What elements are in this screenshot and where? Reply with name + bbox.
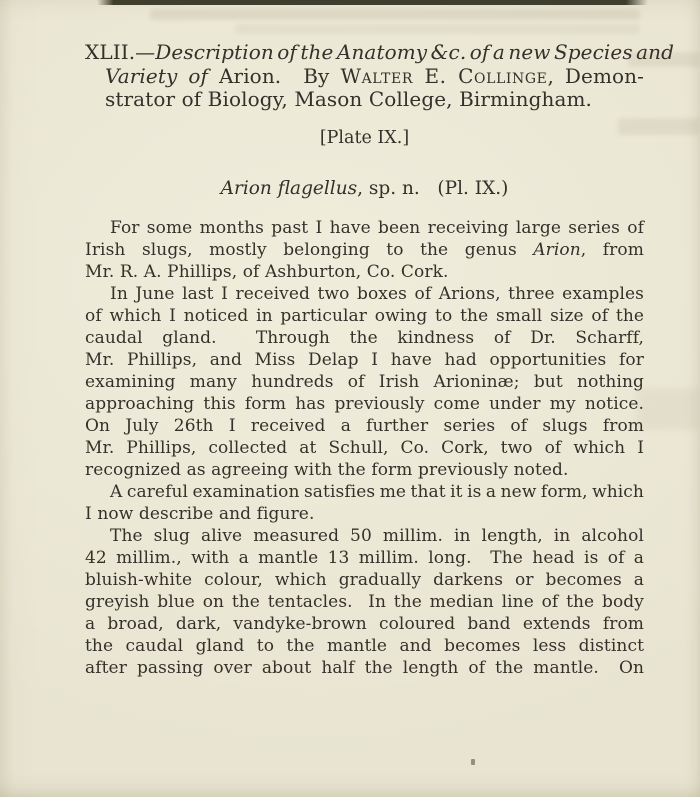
text-run: For some months past I have been receivi… [110,218,644,238]
body-line: The slug alive measured 50 millim. in le… [85,525,644,547]
text-run: Arion [533,240,581,260]
body-line: Irish slugs, mostly belonging to the gen… [85,239,644,261]
body-line: a broad, dark, vandyke-brown coloured ba… [85,613,644,635]
text-run: approaching this form has previously com… [85,394,644,414]
body-line: On July 26th I received a further series… [85,415,644,437]
body-line: Mr. Phillips, and Miss Delap I have had … [85,349,644,371]
scanned-paper-page: XLII.—Description of the Anatomy &c. of … [0,0,700,797]
text-run: In June last I received two boxes of Ari… [110,284,644,304]
text-run: Mr. R. A. Phillips, of Ashburton, Co. Co… [85,262,449,282]
body-line: A careful examination satisfies me that … [85,481,644,503]
text-run: Arion. By [219,64,340,88]
text-run: , sp. n. (Pl. IX.) [357,178,508,199]
body-line: after passing over about half the length… [85,657,644,679]
text-run: On July 26th I received a further series… [85,416,644,436]
text-run: examining many hundreds of Irish Arionin… [85,372,644,392]
body-line: caudal gland. Through the kindness of Dr… [85,327,644,349]
body-line: 42 millim., with a mantle 13 millim. lon… [85,547,644,569]
paragraph: The slug alive measured 50 millim. in le… [85,525,644,679]
title-line: strator of Biology, Mason College, Birmi… [85,88,644,112]
text-run: I now describe and figure. [85,504,314,524]
bleedthrough-artifact [150,9,640,20]
article-body: For some months past I have been receivi… [85,217,644,679]
title-line: XLII.—Description of the Anatomy &c. of … [85,41,644,65]
plate-note: [Plate IX.] [85,129,644,147]
text-run: recognized as agreeing with the form pre… [85,460,569,480]
text-run: Arion flagellus [221,178,357,199]
paragraph: For some months past I have been receivi… [85,217,644,283]
body-line: of which I noticed in particular owing t… [85,305,644,327]
text-run: , Demon- [547,64,644,88]
text-run: caudal gland. Through the kindness of Dr… [85,328,644,348]
text-run: Variety of [105,64,219,88]
body-line: the caudal gland to the mantle and becom… [85,635,644,657]
text-run: strator of Biology, Mason College, Birmi… [105,87,592,111]
text-run: Irish slugs, mostly belonging to the gen… [85,240,533,260]
text-run: of which I noticed in particular owing t… [85,306,644,326]
bleedthrough-artifact [235,24,640,34]
body-line: I now describe and figure. [85,503,644,525]
article-text-block: XLII.—Description of the Anatomy &c. of … [85,41,644,679]
text-run: Walter E. Collinge [340,64,547,88]
text-run: Mr. Phillips, collected at Schull, Co. C… [85,438,644,458]
scan-speck-artifact [471,759,475,765]
text-run: Description of the Anatomy &c. of a new … [155,40,674,64]
paragraph: A careful examination satisfies me that … [85,481,644,525]
text-run: after passing over about half the length… [85,658,644,678]
text-run: Mr. Phillips, and Miss Delap I have had … [85,350,644,370]
bleedthrough-artifact [636,388,700,430]
text-run: a broad, dark, vandyke-brown coloured ba… [85,614,644,634]
body-line: recognized as agreeing with the form pre… [85,459,644,481]
text-run: , from [581,240,644,260]
text-run: greyish blue on the tentacles. In the me… [85,592,644,612]
body-line: examining many hundreds of Irish Arionin… [85,371,644,393]
title-line: Variety of Arion. By Walter E. Collinge,… [85,65,644,89]
body-line: bluish-white colour, which gradually dar… [85,569,644,591]
article-title: XLII.—Description of the Anatomy &c. of … [85,41,644,112]
text-run: A careful examination satisfies me that … [110,482,644,502]
species-heading: Arion flagellus, sp. n. (Pl. IX.) [85,178,644,200]
body-line: In June last I received two boxes of Ari… [85,283,644,305]
body-line: Mr. R. A. Phillips, of Ashburton, Co. Co… [85,261,644,283]
text-run: bluish-white colour, which gradually dar… [85,570,644,590]
scan-top-edge-artifact [97,0,648,5]
body-line: greyish blue on the tentacles. In the me… [85,591,644,613]
text-run: XLII.— [85,40,155,64]
body-line: approaching this form has previously com… [85,393,644,415]
body-line: For some months past I have been receivi… [85,217,644,239]
paragraph: In June last I received two boxes of Ari… [85,283,644,481]
text-run: The slug alive measured 50 millim. in le… [110,526,644,546]
text-run: 42 millim., with a mantle 13 millim. lon… [85,548,644,568]
text-run: the caudal gland to the mantle and becom… [85,636,644,656]
body-line: Mr. Phillips, collected at Schull, Co. C… [85,437,644,459]
